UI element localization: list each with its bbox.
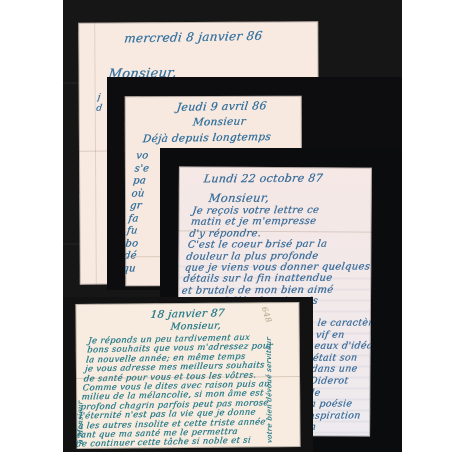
- letter-3-date-line: Lundi 22 octobre 87: [203, 172, 324, 186]
- letter-3-body: Je reçois votre lettre cematin et je m'e…: [179, 204, 372, 308]
- letter-4-date-line: 18 janvier 87: [150, 307, 226, 321]
- letter-2-salutation: Monsieur: [192, 116, 247, 129]
- handwriting-line: et brutale de mon bien aimé: [181, 284, 365, 297]
- paper-crease: [94, 23, 97, 285]
- letter-4-paper: 18 janvier 87 Monsieur, Je réponds un pe…: [75, 302, 300, 449]
- handwriting-line: de continuer cette tâche si noble et si: [75, 436, 290, 449]
- handwriting-line: Diderot: [309, 375, 372, 387]
- handwriting-line: qu: [125, 262, 157, 275]
- handwriting-line: le caractère: [317, 317, 372, 329]
- letter-2-date-line: Jeudi 9 avril 86: [176, 99, 268, 114]
- handwriting-line: détails sur la fin inattendue: [182, 273, 366, 286]
- letter-3-salutation: Monsieur,: [208, 191, 270, 205]
- photo-canvas: mercredi 8 janvier 86 Monsieur, jd Jeudi…: [0, 0, 452, 452]
- letter-4-salutation: Monsieur,: [170, 320, 222, 332]
- handwriting-line: bo: [125, 237, 160, 250]
- handwriting-line: dans une: [310, 364, 372, 376]
- letter-2-opening-line: Déjà depuis longtemps: [142, 131, 272, 145]
- handwriting-line: de: [307, 387, 371, 399]
- letter-1-date-line: mercredi 8 janvier 86: [123, 29, 263, 46]
- handwriting-line: que je viens vous donner quelques: [184, 261, 368, 274]
- handwriting-line: était son: [312, 352, 372, 364]
- handwriting-line: douleur la plus profonde: [185, 250, 369, 263]
- handwriting-line: fu: [126, 225, 162, 238]
- handwriting-line: fa: [128, 212, 164, 225]
- handwriting-line: eaux d'idéal: [314, 340, 372, 352]
- handwriting-line: vif en: [315, 329, 372, 341]
- letter-4-left-margin-note: à Monsieur: [75, 303, 84, 444]
- handwriting-line: la poésie: [306, 398, 370, 410]
- letter-3-cut-line-endings: le caractèrevif eneaux d'idéalétait sond…: [303, 317, 372, 433]
- handwriting-line: inspiration: [304, 410, 368, 422]
